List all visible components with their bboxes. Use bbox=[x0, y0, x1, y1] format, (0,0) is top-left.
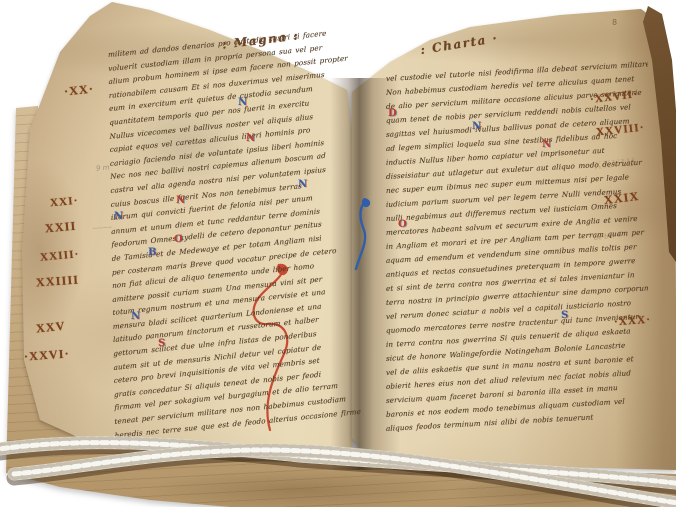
left-page-initials: NNNNNOBNS bbox=[0, 0, 676, 507]
decorated-initial: N bbox=[114, 211, 123, 222]
curled-corner bbox=[0, 0, 676, 507]
text-line: inductis Nullus liber homo capiatur vel … bbox=[386, 141, 648, 170]
left-page-parchment bbox=[0, 0, 676, 507]
decorated-initial: B bbox=[148, 247, 156, 258]
text-line: amittere possit curiam suam Una mensura … bbox=[112, 268, 362, 306]
text-line: nec super eum ibimus nec super eum mitte… bbox=[386, 169, 648, 198]
text-line: vel rerum donec sciatur a nobis vel a ca… bbox=[386, 295, 648, 324]
decorated-initial: O bbox=[174, 234, 183, 245]
margin-numeral: XXIII· bbox=[40, 248, 81, 263]
text-line: antiquas et rectas consuetudines preterq… bbox=[386, 253, 648, 282]
margin-numeral: ·XXVI· bbox=[24, 346, 71, 364]
margin-numeral: XXI· bbox=[50, 195, 80, 209]
book-block-edge bbox=[0, 0, 676, 507]
gutter-shadow bbox=[330, 78, 400, 470]
decorated-initial: N bbox=[131, 311, 140, 322]
decorated-initial: N bbox=[472, 121, 481, 132]
text-line: autem sit ut de mensuris Nichil detur ve… bbox=[113, 336, 363, 374]
decorated-initial: D bbox=[388, 108, 397, 119]
text-line: mercatores habeant salvum et securum exi… bbox=[386, 211, 648, 240]
right-margin-numerals: ·XXVII·XXVIII·XXIX·XXX· bbox=[0, 0, 676, 507]
text-line: Non habebimus custodiam heredis vel terr… bbox=[386, 71, 648, 100]
text-line: de Tamisia et de Medewaye et per totam A… bbox=[112, 227, 362, 265]
text-line: cuius boscus ille fuerit Nos non tenebim… bbox=[111, 173, 361, 211]
text-line: rationabilem causam Et si nos duxerimus … bbox=[109, 64, 359, 102]
text-line: voluerit custodiam illam in propria pers… bbox=[108, 37, 358, 75]
margin-numeral: XXIIII bbox=[36, 273, 80, 291]
decorated-initial: N bbox=[238, 97, 247, 108]
right-page-parchment bbox=[0, 0, 676, 507]
text-line: iudicium parium suorum vel per legem ter… bbox=[386, 183, 648, 212]
text-line: non fiat alicui de aliquo tenemento unde… bbox=[112, 255, 362, 293]
text-line: cariagio faciendo nisi de voluntate ipsi… bbox=[110, 132, 360, 170]
text-line: in terra contra nos gwerrina Si quis ten… bbox=[386, 323, 648, 352]
text-line: aliquos feodos terminum nisi alibi de no… bbox=[386, 407, 648, 436]
page-header-charta: : Charta · bbox=[419, 31, 499, 57]
left-page bbox=[0, 0, 676, 507]
text-line: annum et unum diem et tunc reddantur ter… bbox=[111, 200, 361, 238]
text-line: servicium quam faceret baroni si baronia… bbox=[386, 379, 648, 408]
text-line: quomodo mercatores terre nostre tractent… bbox=[386, 309, 648, 338]
page-edges-stack bbox=[0, 0, 676, 507]
text-line: aquam ad emendum et vendendum sine omnib… bbox=[386, 239, 648, 268]
text-line: vel de aliis eskaetis que sunt in manu n… bbox=[386, 351, 648, 380]
margin-numeral: ·XX· bbox=[63, 81, 95, 99]
margin-numeral: XXV bbox=[35, 318, 66, 336]
red-flourish bbox=[240, 262, 310, 437]
left-margin-numerals: ·XX·XXI·XXIIXXIII·XXIIIIXXV·XXVI· bbox=[0, 0, 676, 507]
text-line: latitudo pannorum tinctorum et russetoru… bbox=[113, 309, 363, 347]
text-line: sagittas vel huiusmodi Nullus ballivus p… bbox=[386, 113, 648, 142]
text-line: obierit heres eius non det aliud releviu… bbox=[386, 365, 648, 394]
text-line: in Angliam et morari et ire per Angliam … bbox=[386, 225, 648, 254]
manuscript-photo: militem ad dandos denarios pro custodia … bbox=[0, 0, 676, 507]
blue-flourish bbox=[350, 198, 376, 274]
page-header-magna: : Magna : bbox=[221, 28, 300, 51]
margin-numeral: ·XXX· bbox=[614, 314, 652, 329]
folio-number: 8 bbox=[612, 18, 617, 27]
text-line: quantitatem temporis quo per nos fuerit … bbox=[109, 91, 359, 129]
text-line: quam tenet de nobis per servicium redden… bbox=[386, 99, 648, 128]
text-line: gettorum scilicet due ulne infra listas … bbox=[113, 323, 363, 361]
scribble-note: ~~~~ bbox=[92, 223, 112, 232]
ghost-numeral: XXVIII bbox=[593, 156, 637, 172]
right-page-initials: DNNOS bbox=[0, 0, 676, 507]
text-line: sicut de honore Walingefordie Notingeham… bbox=[386, 337, 648, 366]
text-line: baronis et nos eodem modo tenebimus aliq… bbox=[386, 393, 648, 422]
text-line: et si sint de terra contra nos gwerrina … bbox=[386, 267, 648, 296]
text-line: gratis concedatur Si aliquis teneat de n… bbox=[114, 363, 364, 401]
text-line: vel custodie vel tutorie nisi feodifirma… bbox=[386, 57, 648, 86]
text-line: capiat equos vel carettas alicuius liber… bbox=[110, 119, 360, 157]
text-line: militem ad dandos denarios pro custodia … bbox=[108, 24, 358, 62]
text-line: illorum qui convicti fuerint de felonia … bbox=[111, 187, 361, 225]
text-line: teneat per servicium militare nos non ha… bbox=[114, 391, 364, 429]
decorated-initial: S bbox=[158, 338, 165, 349]
decorated-initial: N bbox=[542, 139, 551, 150]
text-line: terra nostra in principio gwerre attachi… bbox=[386, 281, 648, 310]
text-line: castra vel alia agenda nostra nisi per v… bbox=[110, 159, 360, 197]
text-line: de alio per servicium militare occasione… bbox=[386, 85, 648, 114]
text-line: firmam vel per sokagium vel burgagium et… bbox=[114, 377, 364, 415]
text-line: ad legem simplici loquela sua sine testi… bbox=[386, 127, 648, 156]
margin-numeral: XXIX bbox=[603, 189, 640, 208]
text-line: heredis nec terre sue que est de feodo a… bbox=[115, 404, 365, 442]
margin-numeral: ·XXVII· bbox=[589, 88, 638, 106]
decorated-initial: N bbox=[298, 179, 307, 190]
margin-numeral: XXII bbox=[44, 219, 77, 237]
pencil-note: 9 m bbox=[96, 163, 110, 172]
right-page-text: vel custodie vel tutorie nisi feodifirma… bbox=[386, 57, 648, 436]
right-page bbox=[0, 0, 676, 507]
book-weight-cords bbox=[0, 0, 676, 507]
text-line: Nullus vicecomes vel ballivus noster vel… bbox=[109, 105, 359, 143]
text-line: totum regnum nostrum et una mensura cerv… bbox=[113, 282, 363, 320]
marginal-note: de bur d' bbox=[594, 230, 624, 242]
text-line: Nec nos nec ballivi nostri capiemus alie… bbox=[110, 146, 360, 184]
text-line: nulli negabimus aut differemus rectum ve… bbox=[386, 197, 648, 226]
decorated-initial: O bbox=[398, 219, 407, 230]
text-line: per costeram maris Breve quod vocatur pr… bbox=[112, 241, 362, 279]
decorated-initial: N bbox=[176, 195, 185, 206]
text-line: disseisiatur aut utlagetur aut exuletur … bbox=[386, 155, 648, 184]
text-line: eum in exercitum erit quietus de custodi… bbox=[109, 78, 359, 116]
left-page-text: militem ad dandos denarios pro custodia … bbox=[108, 24, 364, 443]
text-line: feodorum Omnes kydelli de cetero deponan… bbox=[111, 214, 361, 252]
margin-numeral: XXVIII· bbox=[596, 121, 646, 138]
text-line: mensura bladi scilicet quarterium London… bbox=[113, 295, 363, 333]
text-line: alium probum hominem si ipse eam facere … bbox=[108, 51, 358, 89]
text-line: cetero pro brevi inquisitionis de vita v… bbox=[114, 350, 364, 388]
decorated-initial: S bbox=[561, 310, 568, 321]
decorated-initial: N bbox=[246, 133, 255, 144]
